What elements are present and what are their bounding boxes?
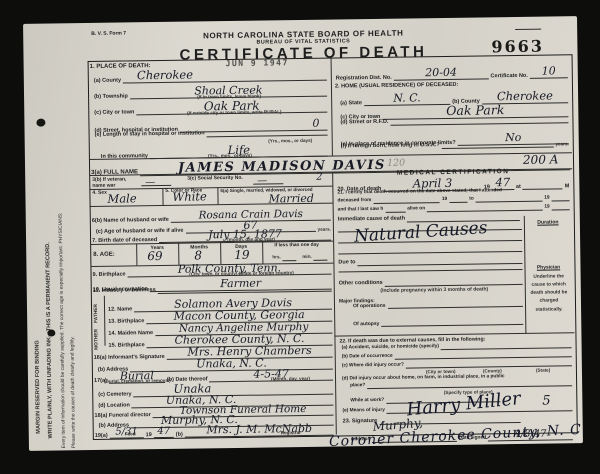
father-side-tab: FATHER xyxy=(94,297,100,323)
injury-city-note: (City or town) xyxy=(426,369,456,375)
last-saw-label: and that I last saw h xyxy=(338,207,384,213)
rule-line xyxy=(162,188,163,205)
injury-where-label: (c) Where did injury occur? xyxy=(342,363,404,370)
filed-note: Filed xyxy=(125,431,136,437)
registration-dist-value: 20-04 xyxy=(425,66,457,79)
death-year-value: 47 xyxy=(495,175,510,189)
while-at-work-label: While at work? xyxy=(350,398,384,404)
registration-dist-label: Registration Dist. No. xyxy=(336,74,392,81)
filed-label: 19(a) xyxy=(95,432,108,439)
margin-permanent-note: WRITE PLAINLY, WITH UNFADING INK—THIS IS… xyxy=(43,79,55,439)
duration-column-label: Duration xyxy=(524,219,572,226)
punch-hole xyxy=(36,119,45,127)
death-at-label: at xyxy=(516,184,521,191)
year-prefix: 19 xyxy=(544,205,549,211)
punch-hole xyxy=(47,329,55,336)
received-date-stamp: JUN 9 1947 xyxy=(226,58,289,68)
ssn-pencil-annotation: 2 xyxy=(316,173,323,183)
rule-line xyxy=(515,29,541,30)
scanned-death-certificate: { "header": { "form_no": "B. V. S. Form … xyxy=(0,0,600,474)
certificate-paper: MARGIN RESERVED FOR BINDING WRITE PLAINL… xyxy=(23,16,583,451)
veteran-value: — xyxy=(145,178,155,188)
due-to-label: Due to xyxy=(338,259,355,266)
certificate-no-value: 10 xyxy=(542,64,556,77)
home-city-value: Oak Park xyxy=(446,102,504,118)
sex-label: 4. Sex xyxy=(92,190,107,196)
industry-label: 11. Industry or business xyxy=(93,287,156,294)
veteran-label: 3(b) If veteran, name war xyxy=(92,176,138,189)
sex-value: Male xyxy=(107,193,136,205)
file-code-annotation: 200 A xyxy=(523,153,559,165)
home-street-label: (d) Street or R.F.D. xyxy=(340,119,388,126)
alive-on-label: alive on xyxy=(407,206,425,212)
filed-year-prefix: 19 xyxy=(146,432,152,439)
city-label: (c) City or town xyxy=(94,109,134,116)
injury-state-note: (State) xyxy=(536,368,550,374)
attended-to-label: to xyxy=(469,197,474,203)
operations-label: Of operations xyxy=(353,303,386,309)
rule-line xyxy=(217,187,218,204)
attended-from-label: deceased from xyxy=(338,198,372,204)
registrar-label: (b) xyxy=(176,431,183,438)
registrar-note: Registrar xyxy=(281,430,301,436)
ssn-value: — xyxy=(257,176,267,186)
injury-county-note: (County) xyxy=(483,368,502,374)
year-prefix: 19 xyxy=(544,196,549,202)
foreign-born-label: (f) If foreign born, how long in U.S.A.? xyxy=(341,142,440,150)
margin-binding-note: MARGIN RESERVED FOR BINDING xyxy=(32,134,43,434)
other-conditions-label: Other conditions xyxy=(339,280,383,287)
margin-legibly-note: Please write the causes of death clearly… xyxy=(67,78,77,448)
community-label: In this community xyxy=(101,153,148,160)
age-less-label: If less than one day xyxy=(262,243,331,250)
form-number: B. V. S. Form 7 xyxy=(91,30,126,36)
marital-value: Married xyxy=(268,193,314,205)
foreign-born-note: years. xyxy=(555,141,568,147)
field-registration: Registration Dist. No. 20-04 Certificate… xyxy=(336,62,568,81)
margin-supplied-note: Every item of information should be care… xyxy=(57,58,67,448)
certificate-no-label: Certificate No. xyxy=(490,72,527,79)
year-prefix: 19 xyxy=(442,197,447,203)
immediate-cause-label: Immediate cause of death xyxy=(338,216,405,224)
autopsy-label: Of autopsy xyxy=(353,321,379,327)
serial-number: 9663 xyxy=(491,37,544,57)
physician-box-note: Underline the cause to which death shoul… xyxy=(527,273,572,314)
physician-box-title: Physician xyxy=(526,264,570,271)
filed-year-value: 47 xyxy=(157,426,170,437)
death-m-label: M xyxy=(565,183,570,190)
means-of-injury-label: (e) Means of injury xyxy=(342,408,384,414)
occurrence-date-label: (b) Date of occurrence xyxy=(342,354,393,360)
ssn-label: 3(c) Social Security No. xyxy=(187,175,243,182)
county-value: Cherokee xyxy=(137,68,193,83)
injury-place-label-line2: place? xyxy=(350,383,365,389)
pencil-five-annotation: 5 xyxy=(542,395,550,408)
race-value: White xyxy=(172,191,207,203)
pencil-annotation: 120 xyxy=(387,158,405,169)
age-label: 8. AGE: xyxy=(93,252,115,259)
